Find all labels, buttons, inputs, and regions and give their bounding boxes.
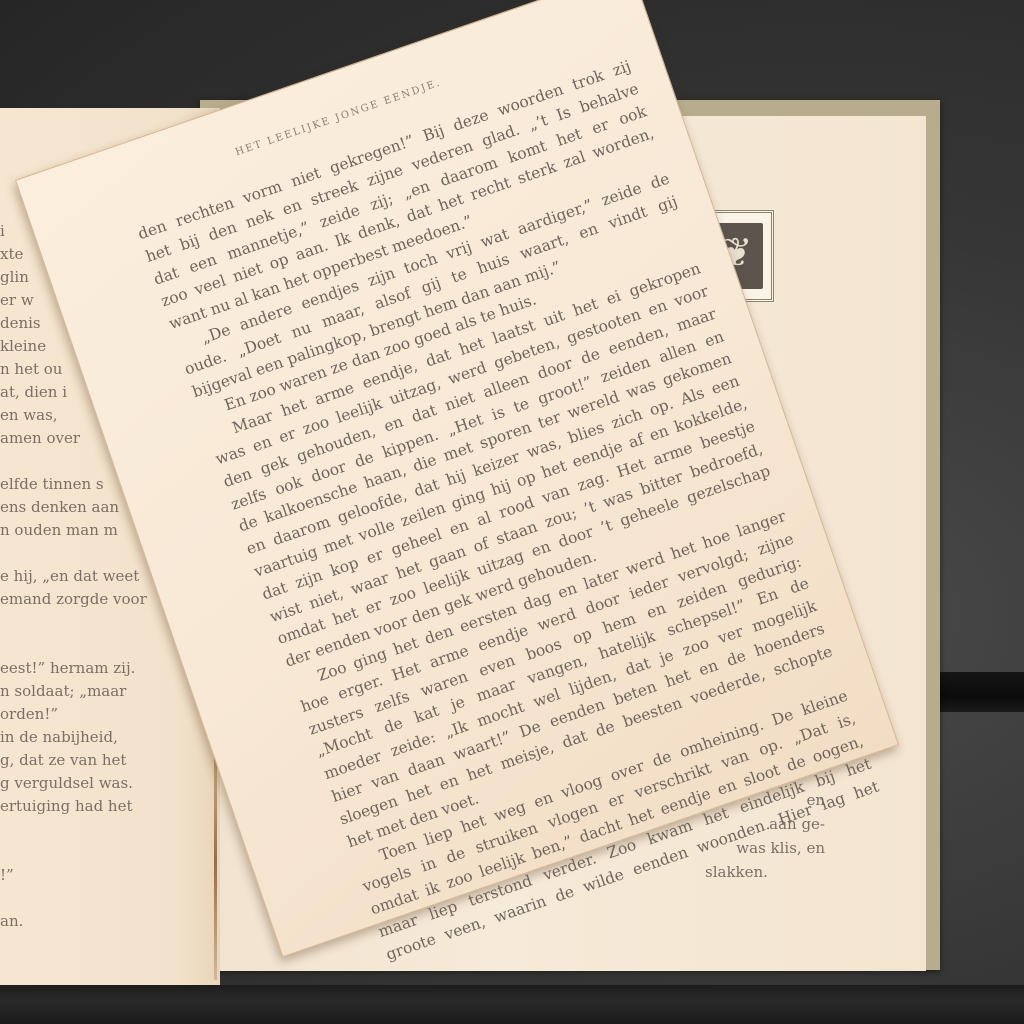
left-page-line: in de nabijheid, — [0, 726, 210, 749]
left-page-line: ertuiging had het — [0, 795, 210, 818]
left-page-line: an. — [0, 910, 210, 933]
left-page-line: !” — [0, 864, 210, 887]
left-page-line — [0, 841, 210, 864]
table-front-edge — [0, 985, 1024, 1024]
left-page-line: g verguldsel was. — [0, 772, 210, 795]
left-page-line: g, dat ze van het — [0, 749, 210, 772]
right-page-line: slakken. — [705, 860, 825, 884]
left-page-line — [0, 887, 210, 910]
left-page-line: eest!” hernam zij. — [0, 657, 210, 680]
left-page-line — [0, 818, 210, 841]
left-page-line: n soldaat; „maar — [0, 680, 210, 703]
left-page-line: orden!” — [0, 703, 210, 726]
